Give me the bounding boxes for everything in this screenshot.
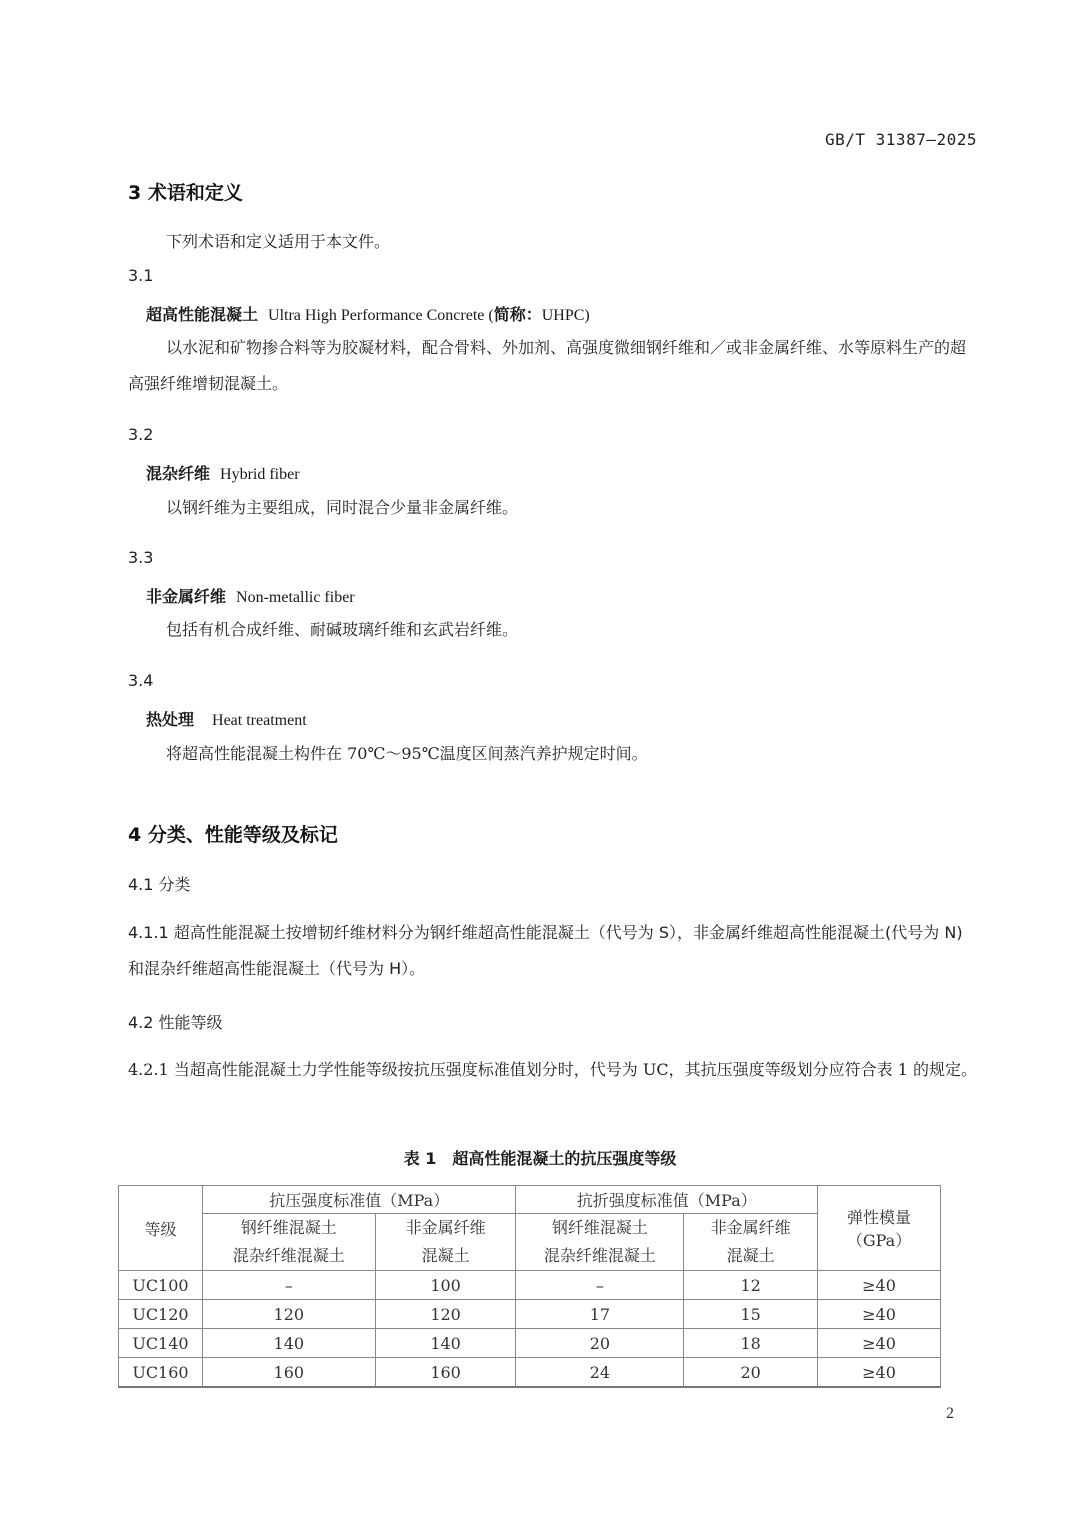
section-3-intro: 下列术语和定义适用于本文件。	[166, 224, 390, 260]
term-3-2-en: Hybrid fiber	[220, 466, 300, 483]
cell-flex-steel: 20	[516, 1329, 684, 1358]
term-3-1-number: 3.1	[128, 266, 153, 285]
cell-flex-nonmetal: 15	[684, 1300, 818, 1329]
cell-grade: UC100	[119, 1271, 203, 1300]
term-3-3-en: Non-metallic fiber	[236, 589, 355, 606]
section-4-1-title: 4.1 分类	[128, 872, 191, 895]
cell-comp-steel: 160	[202, 1358, 375, 1388]
table-row: UC120 120 120 17 15 ≥40	[119, 1300, 941, 1329]
term-3-4-en: Heat treatment	[212, 712, 307, 729]
header-modulus: 弹性模量 （GPa）	[818, 1186, 941, 1271]
header-flexural: 抗折强度标准值（MPa）	[516, 1186, 818, 1214]
table-1: 等级 抗压强度标准值（MPa） 抗折强度标准值（MPa） 弹性模量 （GPa） …	[118, 1185, 941, 1388]
term-3-3-definition: 包括有机合成纤维、耐碱玻璃纤维和玄武岩纤维。	[166, 612, 518, 648]
table-row: UC100 – 100 – 12 ≥40	[119, 1271, 941, 1300]
section-3-title: 3 术语和定义	[128, 178, 243, 205]
cell-modulus: ≥40	[818, 1358, 941, 1388]
term-3-2-zh: 混杂纤维	[146, 464, 210, 483]
term-3-4-definition: 将超高性能混凝土构件在 70℃～95℃温度区间蒸汽养护规定时间。	[166, 736, 648, 772]
section-4-2-title: 4.2 性能等级	[128, 1010, 223, 1033]
cell-flex-steel: –	[516, 1271, 684, 1300]
cell-flex-steel: 24	[516, 1358, 684, 1388]
header-grade: 等级	[119, 1186, 203, 1271]
term-3-4-number: 3.4	[128, 671, 153, 690]
cell-flex-nonmetal: 20	[684, 1358, 818, 1388]
cell-comp-nonmetal: 100	[375, 1271, 516, 1300]
cell-grade: UC140	[119, 1329, 203, 1358]
term-3-1-en: Ultra High Performance Concrete (	[268, 307, 494, 324]
header-modulus-line1: 弹性模量	[818, 1205, 940, 1228]
cell-comp-steel: 120	[202, 1300, 375, 1329]
standard-id: GB/T 31387—2025	[825, 130, 977, 149]
cell-flex-steel: 17	[516, 1300, 684, 1329]
term-3-1-abbr-label: 简称：	[494, 305, 542, 324]
cell-grade: UC160	[119, 1358, 203, 1388]
term-3-2-definition: 以钢纤维为主要组成，同时混合少量非金属纤维。	[166, 490, 518, 526]
table-row: UC160 160 160 24 20 ≥40	[119, 1358, 941, 1388]
cell-comp-nonmetal: 140	[375, 1329, 516, 1358]
term-3-1-heading: 超高性能混凝土Ultra High Performance Concrete (…	[146, 302, 590, 325]
cell-modulus: ≥40	[818, 1329, 941, 1358]
header-comp-steel: 钢纤维混凝土混杂纤维混凝土	[202, 1214, 375, 1271]
cell-modulus: ≥40	[818, 1271, 941, 1300]
cell-flex-nonmetal: 12	[684, 1271, 818, 1300]
term-3-4-heading: 热处理Heat treatment	[146, 707, 307, 730]
table-row: UC140 140 140 20 18 ≥40	[119, 1329, 941, 1358]
term-3-1-definition: 以水泥和矿物掺合料等为胶凝材料，配合骨料、外加剂、高强度微细钢纤维和／或非金属纤…	[128, 330, 978, 402]
term-3-2-heading: 混杂纤维Hybrid fiber	[146, 461, 300, 484]
header-comp-nonmetal: 非金属纤维混凝土	[375, 1214, 516, 1271]
clause-4-2-1: 4.2.1 当超高性能混凝土力学性能等级按抗压强度标准值划分时，代号为 UC，其…	[128, 1052, 978, 1088]
clause-4-1-1: 4.1.1 超高性能混凝土按增韧纤维材料分为钢纤维超高性能混凝土（代号为 S），…	[128, 915, 978, 987]
header-compressive: 抗压强度标准值（MPa）	[202, 1186, 516, 1214]
cell-comp-nonmetal: 160	[375, 1358, 516, 1388]
cell-modulus: ≥40	[818, 1300, 941, 1329]
page-number: 2	[946, 1405, 954, 1423]
term-3-1-zh: 超高性能混凝土	[146, 305, 258, 324]
section-4-title: 4 分类、性能等级及标记	[128, 820, 338, 847]
header-modulus-line2: （GPa）	[818, 1228, 940, 1251]
cell-flex-nonmetal: 18	[684, 1329, 818, 1358]
term-3-1-abbr: UHPC)	[542, 307, 590, 324]
term-3-3-zh: 非金属纤维	[146, 587, 226, 606]
cell-grade: UC120	[119, 1300, 203, 1329]
term-3-4-zh: 热处理	[146, 710, 194, 729]
cell-comp-steel: 140	[202, 1329, 375, 1358]
term-3-3-heading: 非金属纤维Non-metallic fiber	[146, 584, 355, 607]
header-flex-steel: 钢纤维混凝土混杂纤维混凝土	[516, 1214, 684, 1271]
cell-comp-nonmetal: 120	[375, 1300, 516, 1329]
term-3-3-number: 3.3	[128, 548, 153, 567]
table-1-caption: 表 1 超高性能混凝土的抗压强度等级	[0, 1146, 1080, 1169]
header-flex-nonmetal: 非金属纤维混凝土	[684, 1214, 818, 1271]
term-3-2-number: 3.2	[128, 425, 153, 444]
cell-comp-steel: –	[202, 1271, 375, 1300]
